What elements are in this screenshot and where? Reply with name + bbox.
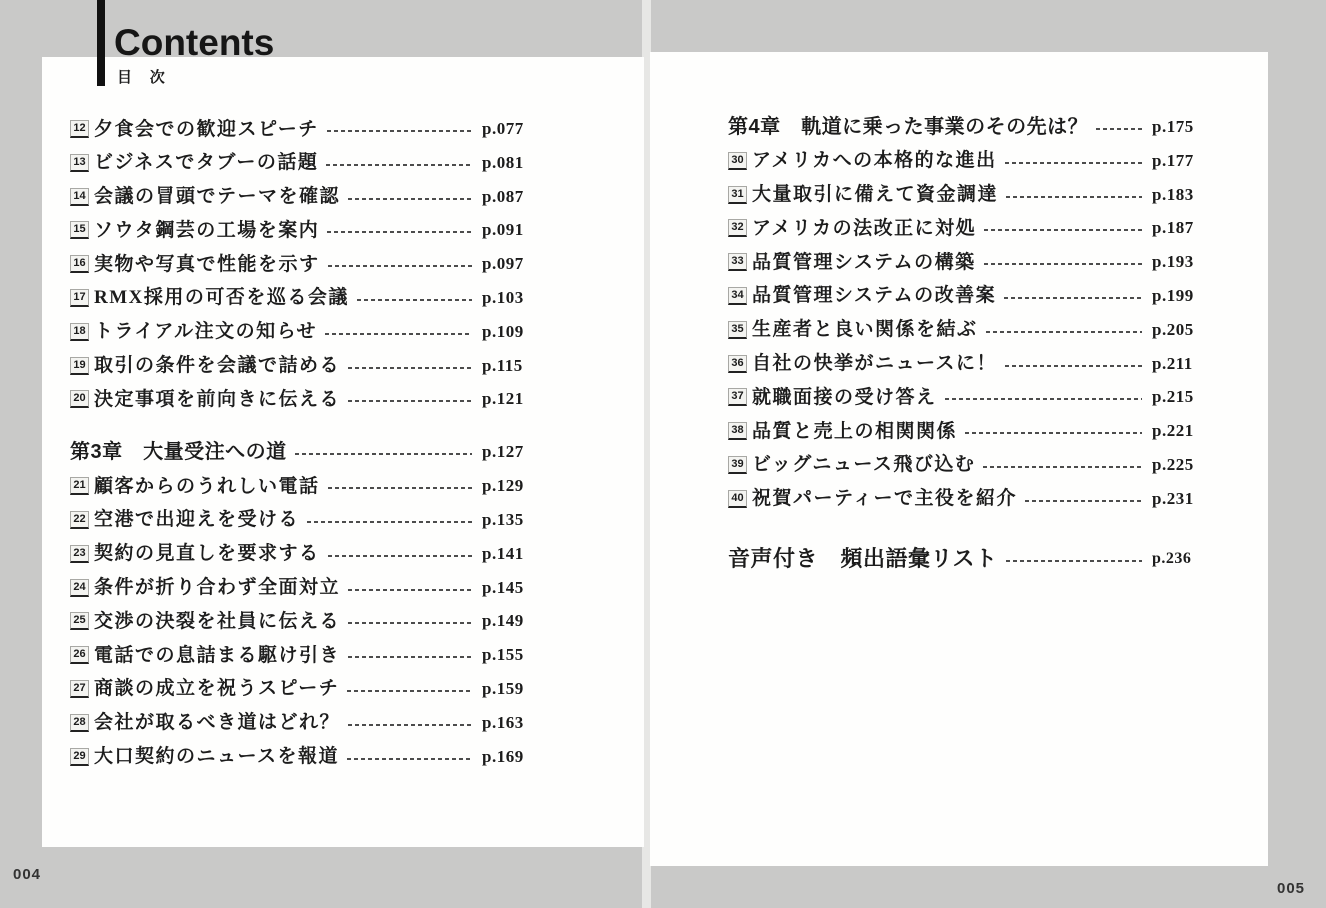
dotted-leader (295, 453, 472, 455)
toc-row: 第4章 軌道に乗った事業のその先は？ p.175 (728, 116, 1200, 138)
item-title: 祝賀パーティーで主役を紹介 (752, 489, 1017, 508)
item-number: 17 (73, 292, 85, 303)
item-title: 条件が折り合わず全面対立 (94, 578, 340, 597)
toc-row: 22 空港で出迎えを受ける p.135 (70, 509, 530, 531)
toc-row: 16 実物や写真で性能を示す p.097 (70, 253, 530, 275)
item-title: 音声付き 頻出語彙リスト (728, 548, 998, 570)
item-title: 電話での息詰まる駆け引き (94, 646, 340, 665)
item-title: 決定事項を前向きに伝える (94, 390, 340, 409)
dotted-leader (1004, 297, 1142, 299)
dotted-leader (348, 622, 472, 624)
item-number-badge: 20 (70, 390, 89, 408)
item-page-number: p.135 (482, 510, 530, 530)
item-number: 37 (731, 391, 743, 402)
dotted-leader (328, 555, 472, 557)
dotted-leader (986, 331, 1142, 333)
dotted-leader (325, 333, 472, 335)
item-number-badge: 34 (728, 287, 747, 305)
item-number: 33 (731, 256, 743, 267)
item-number-badge: 39 (728, 456, 747, 474)
item-page-number: p.087 (482, 187, 530, 207)
item-title: 生産者と良い関係を結ぶ (752, 320, 978, 339)
toc-row: 14 会議の冒頭でテーマを確認 p.087 (70, 186, 530, 208)
item-title: 顧客からのうれしい電話 (94, 477, 320, 496)
item-page-number: p.081 (482, 153, 530, 173)
item-number-badge: 30 (728, 152, 747, 170)
dotted-leader (1096, 128, 1142, 130)
toc-row: 13 ビジネスでタブーの話題 p.081 (70, 152, 530, 174)
item-number: 27 (73, 683, 85, 694)
item-number: 36 (731, 358, 743, 369)
item-number: 40 (731, 493, 743, 504)
item-number-badge: 27 (70, 680, 89, 698)
item-page-number: p.169 (482, 747, 530, 767)
toc-row: 20 決定事項を前向きに伝える p.121 (70, 388, 530, 410)
item-page-number: p.163 (482, 713, 530, 733)
dotted-leader (326, 164, 472, 166)
item-page-number: p.109 (482, 322, 530, 342)
toc-row: 26 電話での息詰まる駆け引き p.155 (70, 644, 530, 666)
toc-row: 音声付き 頻出語彙リスト p.236 (728, 548, 1200, 570)
item-page-number: p.193 (1152, 252, 1200, 272)
dotted-leader (1005, 162, 1142, 164)
item-number-badge: 35 (728, 321, 747, 339)
dotted-leader (984, 263, 1142, 265)
dotted-leader (357, 299, 472, 301)
item-number: 28 (73, 717, 85, 728)
item-number: 35 (731, 324, 743, 335)
item-page-number: p.155 (482, 645, 530, 665)
item-page-number: p.215 (1152, 387, 1200, 407)
toc-row: 30 アメリカへの本格的な進出 p.177 (728, 150, 1200, 172)
item-number: 31 (731, 189, 743, 200)
toc-row: 18 トライアル注文の知らせ p.109 (70, 321, 530, 343)
item-number: 39 (731, 459, 743, 470)
item-title: 自社の快挙がニュースに！ (752, 354, 997, 373)
toc-row: 24 条件が折り合わず全面対立 p.145 (70, 577, 530, 599)
toc-row: 32 アメリカの法改正に対処 p.187 (728, 217, 1200, 239)
item-page-number: p.141 (482, 544, 530, 564)
item-number: 13 (73, 157, 85, 168)
item-number-badge: 28 (70, 714, 89, 732)
header-accent-bar (97, 0, 105, 86)
dotted-leader (1006, 196, 1142, 198)
item-page-number: p.149 (482, 611, 530, 631)
toc-row: 27 商談の成立を祝うスピーチ p.159 (70, 678, 530, 700)
toc-row: 21 顧客からのうれしい電話 p.129 (70, 475, 530, 497)
item-number-badge: 33 (728, 253, 747, 271)
item-number-badge: 32 (728, 219, 747, 237)
item-title: 空港で出迎えを受ける (94, 510, 299, 529)
dotted-leader (328, 487, 472, 489)
item-number: 30 (731, 155, 743, 166)
item-number-badge: 24 (70, 579, 89, 597)
item-title: 交渉の決裂を社員に伝える (94, 612, 340, 631)
item-number-badge: 17 (70, 289, 89, 307)
item-page-number: p.187 (1152, 218, 1200, 238)
toc-row: 36 自社の快挙がニュースに！ p.211 (728, 353, 1200, 375)
toc-row: 35 生産者と良い関係を結ぶ p.205 (728, 319, 1200, 341)
item-page-number: p.211 (1152, 354, 1200, 374)
dotted-leader (327, 231, 472, 233)
item-number-badge: 14 (70, 188, 89, 206)
right-page: 第4章 軌道に乗った事業のその先は？ p.175 30 アメリカへの本格的な進出… (650, 52, 1268, 866)
item-title: トライアル注文の知らせ (94, 322, 317, 341)
dotted-leader (1006, 560, 1142, 562)
item-number-badge: 29 (70, 748, 89, 766)
toc-list-left: 12 夕食会での歓迎スピーチ p.077 13 ビジネスでタブーの話題 p.08… (70, 118, 530, 779)
item-title: アメリカの法改正に対処 (752, 219, 976, 238)
item-title: 夕食会での歓迎スピーチ (94, 120, 319, 139)
item-page-number: p.115 (482, 356, 530, 376)
item-page-number: p.231 (1152, 489, 1200, 509)
item-number-badge: 15 (70, 221, 89, 239)
item-title: ビッグニュース飛び込む (752, 455, 975, 474)
toc-row: 40 祝賀パーティーで主役を紹介 p.231 (728, 488, 1200, 510)
item-title: 第4章 軌道に乗った事業のその先は？ (728, 117, 1088, 137)
item-title: 契約の見直しを要求する (94, 544, 320, 563)
item-title: 会議の冒頭でテーマを確認 (94, 187, 340, 206)
item-title: アメリカへの本格的な進出 (752, 151, 997, 170)
folio-right: 005 (1277, 880, 1305, 897)
item-number: 25 (73, 615, 85, 626)
item-number-badge: 36 (728, 355, 747, 373)
item-title: 実物や写真で性能を示す (94, 255, 320, 274)
item-title: ソウタ鋼芸の工場を案内 (94, 221, 319, 240)
item-page-number: p.225 (1152, 455, 1200, 475)
toc-row: 29 大口契約のニュースを報道 p.169 (70, 746, 530, 768)
dotted-leader (348, 724, 472, 726)
item-number: 24 (73, 582, 85, 593)
item-number: 19 (73, 360, 85, 371)
item-number: 14 (73, 191, 85, 202)
item-number-badge: 19 (70, 357, 89, 375)
item-page-number: p.103 (482, 288, 530, 308)
toc-row: 第3章 大量受注への道 p.127 (70, 441, 530, 463)
item-title: 品質管理システムの改善案 (752, 286, 996, 305)
item-page-number: p.183 (1152, 185, 1200, 205)
item-title: 会社が取るべき道はどれ？ (94, 713, 340, 732)
dotted-leader (348, 367, 472, 369)
item-title: 品質管理システムの構築 (752, 253, 976, 272)
item-number: 15 (73, 224, 85, 235)
item-title: 大口契約のニュースを報道 (94, 747, 339, 766)
toc-row: 19 取引の条件を会議で詰める p.115 (70, 355, 530, 377)
dotted-leader (945, 398, 1142, 400)
item-page-number: p.199 (1152, 286, 1200, 306)
item-number-badge: 22 (70, 511, 89, 529)
item-title: ビジネスでタブーの話題 (94, 153, 318, 172)
toc-row: 12 夕食会での歓迎スピーチ p.077 (70, 118, 530, 140)
item-number: 21 (73, 480, 85, 491)
item-page-number: p.205 (1152, 320, 1200, 340)
toc-row: 37 就職面接の受け答え p.215 (728, 386, 1200, 408)
item-page-number: p.121 (482, 389, 530, 409)
toc-row: 33 品質管理システムの構築 p.193 (728, 251, 1200, 273)
item-number-badge: 25 (70, 612, 89, 630)
item-number: 38 (731, 425, 743, 436)
toc-row: 39 ビッグニュース飛び込む p.225 (728, 454, 1200, 476)
item-page-number: p.159 (482, 679, 530, 699)
dotted-leader (348, 198, 472, 200)
item-title: 第3章 大量受注への道 (70, 442, 287, 462)
item-number-badge: 21 (70, 477, 89, 495)
item-page-number: p.127 (482, 442, 530, 462)
dotted-leader (984, 229, 1142, 231)
item-number-badge: 18 (70, 323, 89, 341)
folio-left: 004 (13, 866, 41, 883)
item-number: 22 (73, 514, 85, 525)
book-spread: 12 夕食会での歓迎スピーチ p.077 13 ビジネスでタブーの話題 p.08… (0, 0, 1326, 908)
item-page-number: p.091 (482, 220, 530, 240)
item-title: 取引の条件を会議で詰める (94, 356, 340, 375)
dotted-leader (327, 130, 472, 132)
dotted-leader (347, 758, 472, 760)
item-number: 16 (73, 258, 85, 269)
item-page-number: p.077 (482, 119, 530, 139)
dotted-leader (307, 521, 472, 523)
toc-row: 28 会社が取るべき道はどれ？ p.163 (70, 712, 530, 734)
page-title: Contents (114, 24, 274, 61)
item-number-badge: 12 (70, 120, 89, 138)
toc-row: 34 品質管理システムの改善案 p.199 (728, 285, 1200, 307)
item-title: RMX採用の可否を巡る会議 (94, 288, 349, 307)
toc-list-right: 第4章 軌道に乗った事業のその先は？ p.175 30 アメリカへの本格的な進出… (728, 116, 1200, 582)
item-number: 18 (73, 326, 85, 337)
item-page-number: p.145 (482, 578, 530, 598)
toc-row: 25 交渉の決裂を社員に伝える p.149 (70, 610, 530, 632)
dotted-leader (1005, 365, 1142, 367)
item-number: 12 (73, 123, 85, 134)
item-number-badge: 16 (70, 255, 89, 273)
item-number: 29 (73, 751, 85, 762)
item-page-number: p.175 (1152, 117, 1200, 137)
item-title: 大量取引に備えて資金調達 (752, 185, 998, 204)
item-number: 32 (731, 222, 743, 233)
dotted-leader (348, 400, 472, 402)
dotted-leader (965, 432, 1142, 434)
item-number-badge: 13 (70, 154, 89, 172)
dotted-leader (328, 265, 472, 267)
dotted-leader (347, 690, 472, 692)
dotted-leader (348, 656, 472, 658)
item-title: 品質と売上の相関関係 (752, 422, 957, 441)
item-title: 商談の成立を祝うスピーチ (94, 679, 339, 698)
page-subtitle: 目 次 (117, 66, 172, 87)
item-number-badge: 40 (728, 490, 747, 508)
dotted-leader (1025, 500, 1142, 502)
item-page-number: p.221 (1152, 421, 1200, 441)
item-page-number: p.236 (1152, 550, 1200, 568)
item-page-number: p.129 (482, 476, 530, 496)
item-number: 23 (73, 548, 85, 559)
item-number-badge: 31 (728, 186, 747, 204)
toc-row: 15 ソウタ鋼芸の工場を案内 p.091 (70, 219, 530, 241)
item-page-number: p.177 (1152, 151, 1200, 171)
item-number-badge: 37 (728, 388, 747, 406)
item-number: 34 (731, 290, 743, 301)
item-number: 26 (73, 649, 85, 660)
toc-row: 23 契約の見直しを要求する p.141 (70, 543, 530, 565)
dotted-leader (983, 466, 1142, 468)
dotted-leader (348, 589, 472, 591)
item-page-number: p.097 (482, 254, 530, 274)
item-number-badge: 26 (70, 646, 89, 664)
item-number: 20 (73, 393, 85, 404)
item-number-badge: 23 (70, 545, 89, 563)
toc-row: 31 大量取引に備えて資金調達 p.183 (728, 184, 1200, 206)
item-number-badge: 38 (728, 422, 747, 440)
toc-row: 38 品質と売上の相関関係 p.221 (728, 420, 1200, 442)
left-page: 12 夕食会での歓迎スピーチ p.077 13 ビジネスでタブーの話題 p.08… (42, 57, 644, 847)
item-title: 就職面接の受け答え (752, 388, 937, 407)
toc-row: 17 RMX採用の可否を巡る会議 p.103 (70, 287, 530, 309)
